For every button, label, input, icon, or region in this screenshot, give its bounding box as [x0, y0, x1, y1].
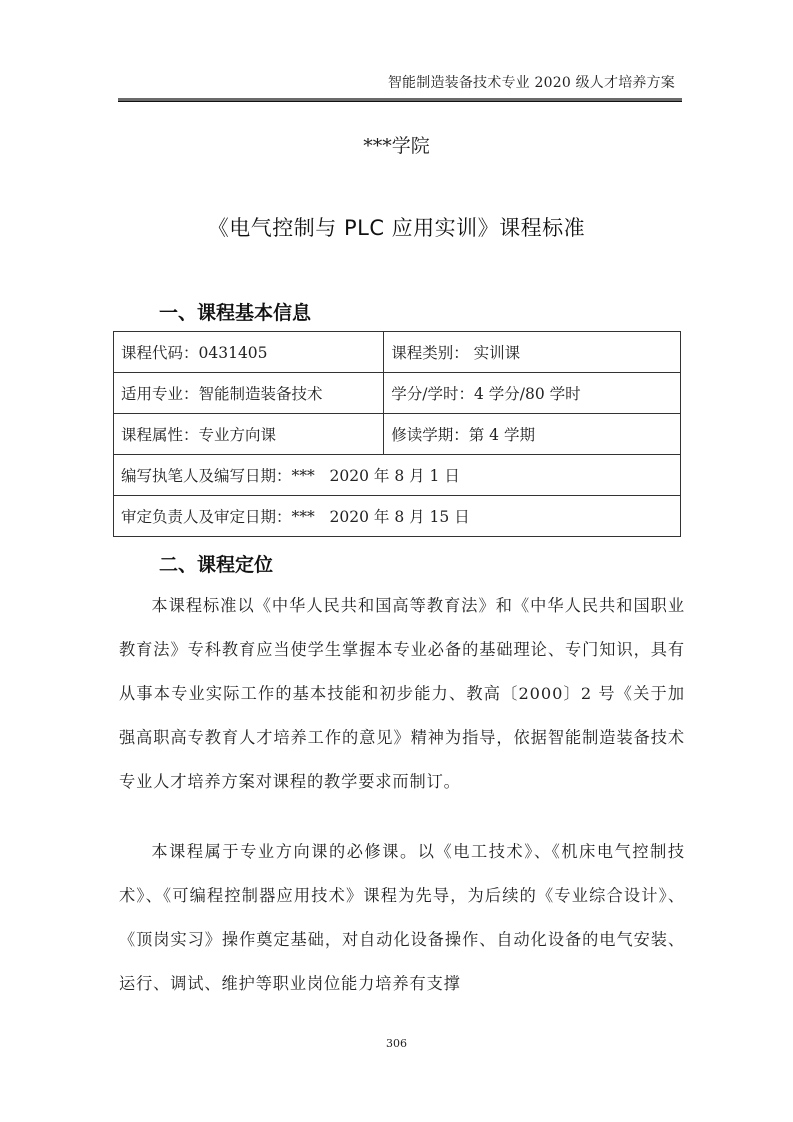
credits-hours-cell: 学分/学时：4 学分/80 学时	[384, 373, 681, 414]
reviewer-date-cell: 审定负责人及审定日期：*** 2020 年 8 月 15 日	[114, 496, 681, 537]
table-row: 编写执笔人及编写日期：*** 2020 年 8 月 1 日	[114, 455, 681, 496]
body-paragraph: 本课程属于专业方向课的必修课。以《电工技术》、《机床电气控制技术》、《可编程控制…	[119, 830, 685, 1006]
institution-name: ***学院	[0, 131, 793, 158]
section-heading-basic-info: 一、课程基本信息	[159, 298, 311, 325]
header-rule-thin	[118, 101, 682, 102]
document-title: 《电气控制与 PLC 应用实训》课程标准	[0, 212, 793, 242]
applicable-major-cell: 适用专业：智能制造装备技术	[114, 373, 384, 414]
page-number: 306	[0, 1037, 793, 1050]
course-info-table: 课程代码：0431405 课程类别： 实训课 适用专业：智能制造装备技术 学分/…	[113, 331, 681, 537]
table-row: 适用专业：智能制造装备技术 学分/学时：4 学分/80 学时	[114, 373, 681, 414]
author-date-cell: 编写执笔人及编写日期：*** 2020 年 8 月 1 日	[114, 455, 681, 496]
body-paragraph: 本课程标准以《中华人民共和国高等教育法》和《中华人民共和国职业教育法》专科教育应…	[119, 584, 685, 804]
table-row: 课程属性：专业方向课 修读学期：第 4 学期	[114, 414, 681, 455]
table-row: 审定负责人及审定日期：*** 2020 年 8 月 15 日	[114, 496, 681, 537]
semester-cell: 修读学期：第 4 学期	[384, 414, 681, 455]
table-row: 课程代码：0431405 课程类别： 实训课	[114, 332, 681, 373]
section-heading-course-positioning: 二、课程定位	[159, 550, 273, 577]
course-attribute-cell: 课程属性：专业方向课	[114, 414, 384, 455]
course-code-cell: 课程代码：0431405	[114, 332, 384, 373]
course-category-cell: 课程类别： 实训课	[384, 332, 681, 373]
running-header: 智能制造装备技术专业 2020 级人才培养方案	[118, 72, 675, 92]
